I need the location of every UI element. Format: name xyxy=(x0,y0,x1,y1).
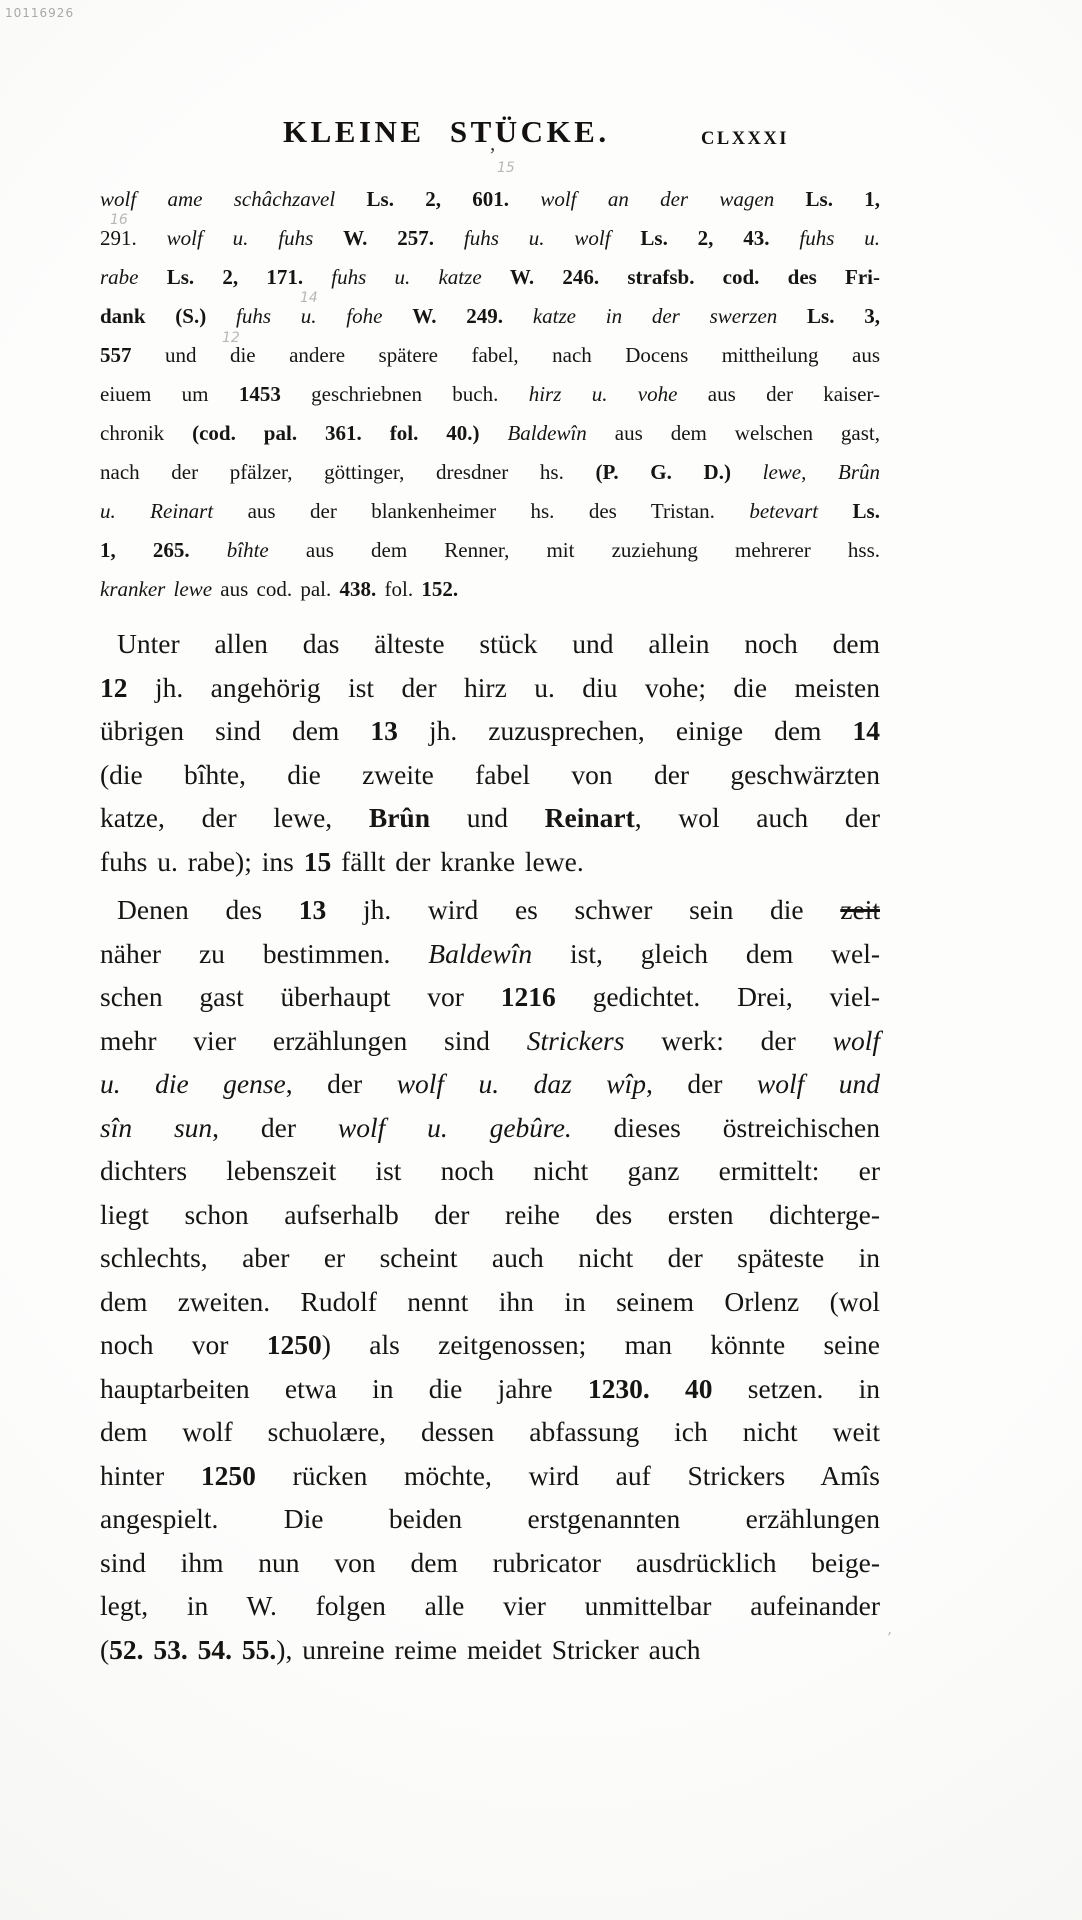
text-line: dem wolf schuolære, dessen abfassung ich… xyxy=(100,1410,880,1454)
text-segment: aus der kaiser- xyxy=(708,382,880,406)
text-segment: wolf und xyxy=(757,1068,880,1099)
text-segment: 1230. 40 xyxy=(588,1373,748,1404)
text-segment: wolf an der wagen xyxy=(540,187,805,211)
text-segment: 1250 xyxy=(201,1460,293,1491)
text-line: eiuem um 1453 geschriebnen buch. hirz u.… xyxy=(100,375,880,414)
text-segment: 15 xyxy=(304,846,341,877)
text-segment: (P. G. D.) xyxy=(596,460,763,484)
text-segment: Ls. 2, 601. xyxy=(367,187,541,211)
text-segment: , wol auch der xyxy=(635,802,880,833)
text-segment: , der xyxy=(212,1112,338,1143)
text-segment: mehr vier erzählungen sind xyxy=(100,1025,527,1056)
text-segment: 291. xyxy=(100,226,167,250)
text-segment: Ls. 3, xyxy=(807,304,880,328)
text-line: 1, 265. bîhte aus dem Renner, mit zuzieh… xyxy=(100,531,880,570)
text-segment: sind ihm nun von dem rubricator ausdrück… xyxy=(100,1547,880,1578)
text-segment: katze, der lewe, xyxy=(100,802,369,833)
text-line: 12 jh. angehörig ist der hirz u. diu voh… xyxy=(100,666,880,710)
text-line: kranker lewe aus cod. pal. 438. fol. 152… xyxy=(100,570,880,609)
text-segment: noch vor xyxy=(100,1329,267,1360)
text-line: wolf ame schâchzavel Ls. 2, 601. wolf an… xyxy=(100,180,880,219)
text-line: dank (S.) fuhs u. fohe W. 249. katze in … xyxy=(100,297,880,336)
text-segment: aus dem welschen gast, xyxy=(615,421,880,445)
text-line: sind ihm nun von dem rubricator ausdrück… xyxy=(100,1541,880,1585)
text-segment: nach der pfälzer, göttinger, dresdner hs… xyxy=(100,460,596,484)
text-line: noch vor 1250) als zeitgenossen; man kön… xyxy=(100,1323,880,1367)
text-segment: näher zu bestimmen. xyxy=(100,938,428,969)
text-segment: (cod. pal. 361. fol. 40.) xyxy=(192,421,507,445)
text-segment: fällt der kranke lewe. xyxy=(341,846,584,877)
text-segment: wolf u. daz wîp xyxy=(397,1068,646,1099)
text-segment: Strickers xyxy=(527,1025,662,1056)
text-segment: wolf u. gebûre. xyxy=(338,1112,614,1143)
text-segment: , der xyxy=(646,1068,757,1099)
text-segment: strafsb. cod. des Fri- xyxy=(627,265,880,289)
text-segment: übrigen sind dem xyxy=(100,715,370,746)
text-segment: , der xyxy=(286,1068,397,1099)
text-segment: hirz u. vohe xyxy=(529,382,708,406)
text-segment: 557 xyxy=(100,343,165,367)
text-segment: dichters lebenszeit ist noch nicht ganz … xyxy=(100,1155,880,1186)
text-segment: Ls. 2, 171. xyxy=(167,265,332,289)
text-line: fuhs u. rabe); ins 15 fällt der kranke l… xyxy=(100,840,880,884)
text-segment: jh. angehörig ist der hirz u. diu vohe; … xyxy=(155,672,880,703)
text-line: nach der pfälzer, göttinger, dresdner hs… xyxy=(100,453,880,492)
text-segment: zeit xyxy=(840,894,880,925)
text-segment: 52. 53. 54. 55. xyxy=(109,1634,276,1665)
text-segment: hinter xyxy=(100,1460,201,1491)
text-segment: ) als zeitgenossen; man könnte seine xyxy=(322,1329,880,1360)
text-segment: 13 xyxy=(299,894,363,925)
text-segment: und xyxy=(467,802,545,833)
text-segment: Reinart xyxy=(545,802,635,833)
text-segment: schen gast überhaupt vor xyxy=(100,981,501,1012)
text-segment: rücken möchte, wird auf Strickers Amîs xyxy=(293,1460,880,1491)
text-segment: 14 xyxy=(853,715,881,746)
text-line: (die bîhte, die zweite fabel von der ges… xyxy=(100,753,880,797)
pencil-annotation: , xyxy=(888,1622,892,1638)
text-line: Unter allen das älteste stück und allein… xyxy=(100,622,880,666)
text-line: hauptarbeiten etwa in die jahre 1230. 40… xyxy=(100,1367,880,1411)
text-line: u. die gense, der wolf u. daz wîp, der w… xyxy=(100,1062,880,1106)
text-segment: legt, in W. folgen alle vier unmittelbar… xyxy=(100,1590,880,1621)
text-line: näher zu bestimmen. Baldewîn ist, gleich… xyxy=(100,932,880,976)
text-segment: dem wolf schuolære, dessen abfassung ich… xyxy=(100,1416,880,1447)
text-segment: W. 257. xyxy=(343,226,464,250)
page-title: KLEINE STÜCKE. xyxy=(283,114,610,150)
text-segment: Denen des xyxy=(117,894,299,925)
text-segment: wolf xyxy=(833,1025,880,1056)
text-segment: Ls. 2, 43. xyxy=(640,226,799,250)
text-segment: ( xyxy=(100,1634,109,1665)
text-segment: sîn sun xyxy=(100,1112,212,1143)
text-segment: liegt schon aufserhalb der reihe des ers… xyxy=(100,1199,880,1230)
text-segment: fuhs u. xyxy=(799,226,880,250)
text-segment: fuhs u. fohe xyxy=(236,304,412,328)
text-line: dichters lebenszeit ist noch nicht ganz … xyxy=(100,1149,880,1193)
text-segment: dem zweiten. Rudolf nennt ihn in seinem … xyxy=(100,1286,880,1317)
text-segment: Brûn xyxy=(369,802,467,833)
text-segment: gedichtet. Drei, viel- xyxy=(593,981,880,1012)
text-line: 291. wolf u. fuhs W. 257. fuhs u. wolf L… xyxy=(100,219,880,258)
text-segment: aus dem Renner, mit zuziehung mehrerer h… xyxy=(306,538,880,562)
text-segment: jh. wird es schwer sein die xyxy=(363,894,840,925)
text-segment: werk: der xyxy=(661,1025,832,1056)
text-segment: 438. xyxy=(340,577,385,601)
page-number: CLXXXI xyxy=(701,129,789,150)
text-segment: und die andere spätere fabel, nach Docen… xyxy=(165,343,880,367)
text-line: hinter 1250 rücken möchte, wird auf Stri… xyxy=(100,1454,880,1498)
text-segment: jh. zuzusprechen, einige dem xyxy=(429,715,853,746)
text-segment: fuhs u. rabe); ins xyxy=(100,846,304,877)
text-segment: geschriebnen buch. xyxy=(311,382,529,406)
text-segment: (die bîhte, die zweite fabel von der ges… xyxy=(100,759,880,790)
text-segment: u. Reinart xyxy=(100,499,248,523)
paragraph-stricker-discussion: Denen des 13 jh. wird es schwer sein die… xyxy=(100,888,880,1671)
text-segment: 12 xyxy=(100,672,155,703)
text-line: rabe Ls. 2, 171. fuhs u. katze W. 246. s… xyxy=(100,258,880,297)
text-segment: Ls. xyxy=(853,499,880,523)
text-segment: Unter allen das älteste stück und allein… xyxy=(117,628,880,659)
text-segment: fuhs u. wolf xyxy=(464,226,641,250)
text-segment: dieses östreichischen xyxy=(614,1112,880,1143)
text-line: mehr vier erzählungen sind Strickers wer… xyxy=(100,1019,880,1063)
text-segment: 1216 xyxy=(501,981,593,1012)
text-segment: 1, 265. xyxy=(100,538,227,562)
text-segment: Ls. 1, xyxy=(806,187,880,211)
text-line: u. Reinart aus der blankenheimer hs. des… xyxy=(100,492,880,531)
text-segment: aus cod. pal. xyxy=(220,577,339,601)
text-segment: eiuem um xyxy=(100,382,239,406)
text-line: (52. 53. 54. 55.), unreine reime meidet … xyxy=(100,1628,880,1672)
text-segment: fuhs u. katze xyxy=(331,265,510,289)
text-segment: schlechts, aber er scheint auch nicht de… xyxy=(100,1242,880,1273)
text-segment: angespielt. Die beiden erstgenannten erz… xyxy=(100,1503,880,1534)
paragraph-dating-overview: Unter allen das älteste stück und allein… xyxy=(100,622,880,883)
text-segment: hauptarbeiten etwa in die jahre xyxy=(100,1373,588,1404)
paragraph-references: wolf ame schâchzavel Ls. 2, 601. wolf an… xyxy=(100,180,880,609)
text-segment: 13 xyxy=(370,715,429,746)
text-line: liegt schon aufserhalb der reihe des ers… xyxy=(100,1193,880,1237)
text-segment: fol. xyxy=(385,577,422,601)
text-segment: lewe, Brûn xyxy=(763,460,880,484)
text-segment: 1453 xyxy=(239,382,311,406)
text-segment: u. die gense xyxy=(100,1068,286,1099)
text-line: dem zweiten. Rudolf nennt ihn in seinem … xyxy=(100,1280,880,1324)
pencil-annotation: 15 xyxy=(497,160,515,176)
text-segment: setzen. in xyxy=(748,1373,880,1404)
text-segment: betevart xyxy=(749,499,852,523)
text-segment: W. 249. xyxy=(412,304,533,328)
text-line: Denen des 13 jh. wird es schwer sein die… xyxy=(100,888,880,932)
text-segment: dank (S.) xyxy=(100,304,236,328)
text-segment: 152. xyxy=(421,577,458,601)
text-segment: W. 246. xyxy=(510,265,628,289)
text-segment: Baldewîn xyxy=(428,938,570,969)
text-line: übrigen sind dem 13 jh. zuzusprechen, ei… xyxy=(100,709,880,753)
text-segment: ist, gleich dem wel- xyxy=(570,938,880,969)
text-block: wolf ame schâchzavel Ls. 2, 601. wolf an… xyxy=(100,180,880,1676)
text-line: 557 und die andere spätere fabel, nach D… xyxy=(100,336,880,375)
text-line: angespielt. Die beiden erstgenannten erz… xyxy=(100,1497,880,1541)
text-segment: chronik xyxy=(100,421,192,445)
text-line: schlechts, aber er scheint auch nicht de… xyxy=(100,1236,880,1280)
text-line: schen gast überhaupt vor 1216 gedichtet.… xyxy=(100,975,880,1019)
text-segment: Baldewîn xyxy=(507,421,614,445)
text-segment: kranker lewe xyxy=(100,577,220,601)
text-line: sîn sun, der wolf u. gebûre. dieses östr… xyxy=(100,1106,880,1150)
text-segment: wolf ame schâchzavel xyxy=(100,187,367,211)
text-segment: katze in der swerzen xyxy=(533,304,807,328)
scan-corner-number: 10116926 xyxy=(5,6,74,20)
scanned-book-page: 10116926 KLEINE STÜCKE. CLXXXI wolf ame … xyxy=(0,0,1082,1920)
text-segment: ), unreine reime meidet Stricker auch xyxy=(276,1634,700,1665)
text-segment: wolf u. fuhs xyxy=(167,226,344,250)
text-segment: rabe xyxy=(100,265,167,289)
text-segment: bîhte xyxy=(227,538,306,562)
text-line: chronik (cod. pal. 361. fol. 40.) Baldew… xyxy=(100,414,880,453)
text-line: katze, der lewe, Brûn und Reinart, wol a… xyxy=(100,796,880,840)
text-segment: aus der blankenheimer hs. des Tristan. xyxy=(248,499,750,523)
text-segment: 1250 xyxy=(267,1329,322,1360)
text-line: legt, in W. folgen alle vier unmittelbar… xyxy=(100,1584,880,1628)
